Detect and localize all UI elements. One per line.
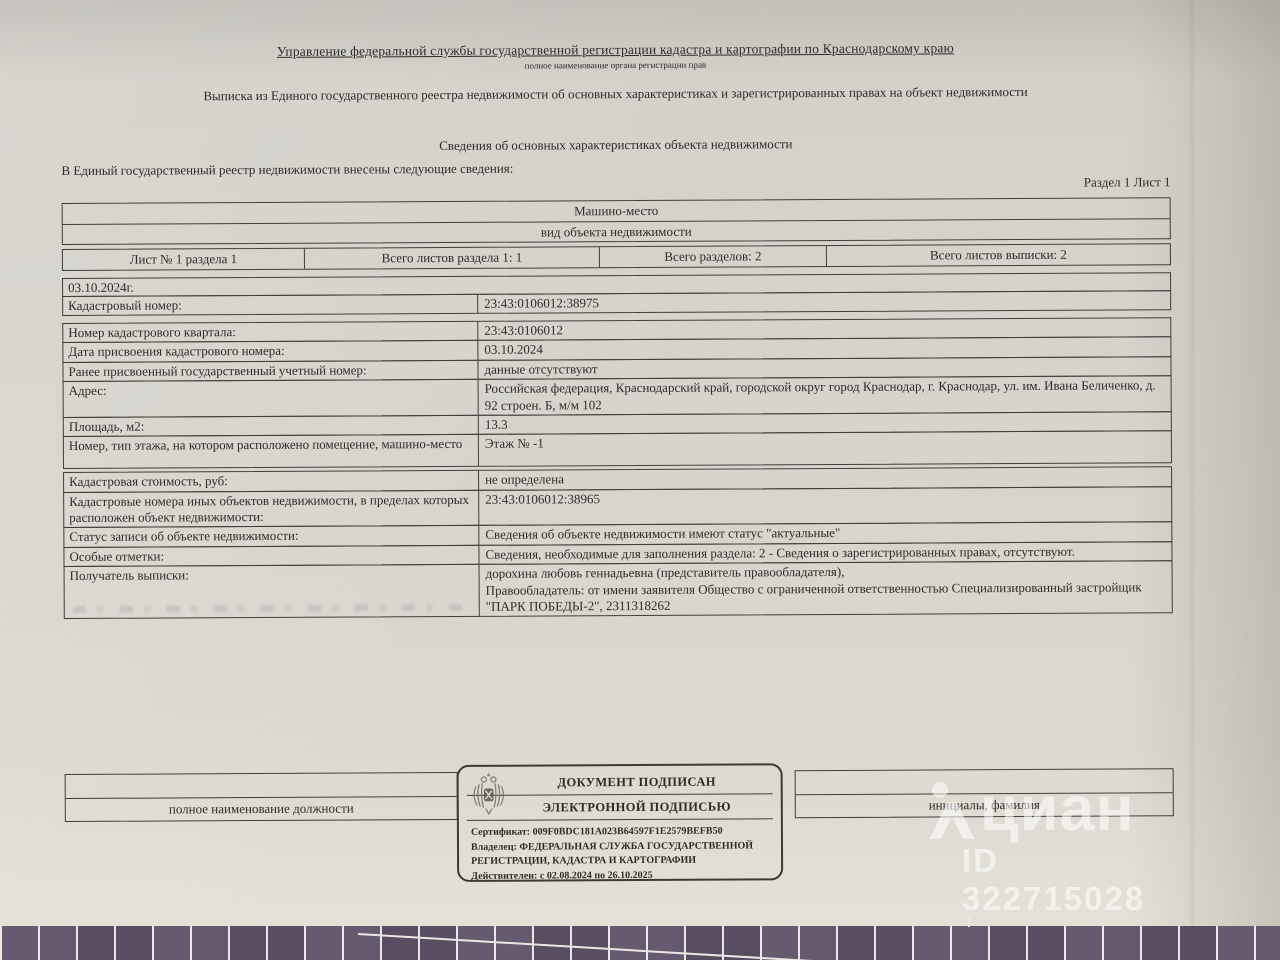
row-value: 03.10.2024 (478, 338, 1170, 360)
initials-caption: инициалы, фамилия (796, 792, 1173, 817)
row-value: дорохина любовь геннадьевна (представите… (480, 561, 1172, 616)
counter-sheets-total: Всего листов раздела 1: 1 (305, 247, 600, 269)
document-content: Управление федеральной службы государств… (0, 0, 1280, 931)
row-label: Дата присвоения кадастрового номера: (63, 341, 478, 362)
row-label: Кадастровые номера иных объектов недвижи… (64, 490, 479, 527)
coat-of-arms-icon (471, 772, 507, 816)
row-value: 13.3 (479, 412, 1171, 434)
signature-box-position: полное наименование должности (65, 772, 458, 822)
row-value: Сведения об объекте недвижимости имеют с… (479, 523, 1171, 545)
row-value: Этаж № -1 (479, 431, 1171, 466)
tile-surface (0, 926, 1280, 960)
row-label-text: Получатель выписки: (70, 567, 189, 583)
certificate-number: Сертификат: 009F0BDC181A023B64597F1E2579… (471, 824, 771, 840)
row-value: Российская федерация, Краснодарский край… (479, 376, 1171, 414)
row-label: Особые отметки: (64, 546, 479, 567)
stamp-line-2: ЭЛЕКТРОННОЙ ПОДПИСЬЮ (467, 794, 773, 821)
row-value: данные отсутствуют (478, 357, 1170, 379)
row-label: Ранее присвоенный государственный учетны… (63, 361, 478, 382)
row-label: Площадь, м2: (64, 416, 479, 437)
signature-blank-cell (796, 769, 1173, 794)
bleed-through-smudge (73, 604, 465, 613)
counter-sections-total: Всего разделов: 2 (600, 246, 827, 267)
row-label: Адрес: (64, 380, 479, 417)
row-value: Сведения, необходимые для заполнения раз… (479, 542, 1171, 564)
signature-blank-cell (66, 773, 457, 798)
photo-stage: Управление федеральной службы государств… (0, 0, 1280, 960)
table-row: Кадастровые номера иных объектов недвижи… (63, 486, 1172, 529)
row-label: Статус записи об объекте недвижимости: (64, 526, 479, 547)
stamp-line-1: ДОКУМЕНТ ПОДПИСАН (467, 769, 773, 796)
row-label: Номер, тип этажа, на котором расположено… (64, 435, 479, 468)
org-header: Управление федеральной службы государств… (61, 39, 1170, 73)
counter-extract-sheets: Всего листов выписки: 2 (827, 244, 1170, 266)
certificate-validity: Действителен: с 02.08.2024 по 26.10.2025 (471, 868, 771, 884)
table-row: Получатель выписки: дорохина любовь генн… (64, 560, 1173, 619)
object-type-table: Машино-место вид объекта недвижимости (62, 197, 1171, 245)
row-label: Номер кадастрового квартала: (63, 322, 478, 343)
table-row: Номер, тип этажа, на котором расположено… (63, 430, 1172, 469)
position-caption: полное наименование должности (66, 796, 457, 821)
document-title: Выписка из Единого государственного реес… (61, 83, 1170, 105)
row-label: Кадастровый номер: (63, 295, 478, 316)
certificate-details: Сертификат: 009F0BDC181A023B64597F1E2579… (471, 824, 771, 884)
row-label: Получатель выписки: (65, 565, 480, 618)
row-value: 23:43:0106012:38965 (479, 487, 1171, 525)
digital-signature-stamp: ДОКУМЕНТ ПОДПИСАН ЭЛЕКТРОННОЙ ПОДПИСЬЮ С… (457, 763, 784, 882)
row-label: Кадастровая стоимость, руб: (64, 471, 479, 492)
table-row: Адрес: Российская федерация, Краснодарск… (63, 375, 1172, 418)
counter-sheet: Лист № 1 раздела 1 (63, 249, 305, 270)
section-title: Сведения об основных характеристиках объ… (61, 134, 1170, 156)
signature-box-name: инициалы, фамилия (795, 768, 1174, 818)
tile-grout-tick (968, 917, 970, 927)
row-value: 23:43:0106012:38975 (478, 291, 1170, 313)
main-table: Номер кадастрового квартала: 23:43:01060… (62, 318, 1173, 619)
date-cadastral-block: 03.10.2024г. Кадастровый номер: 23:43:01… (62, 272, 1171, 316)
row-value: не определена (479, 467, 1171, 489)
certificate-owner: Владелец: ФЕДЕРАЛЬНАЯ СЛУЖБА ГОСУДАРСТВЕ… (471, 839, 771, 870)
row-value: 23:43:0106012 (478, 318, 1170, 340)
stamp-titles: ДОКУМЕНТ ПОДПИСАН ЭЛЕКТРОННОЙ ПОДПИСЬЮ (467, 769, 773, 821)
sheet-counters-row: Лист № 1 раздела 1 Всего листов раздела … (62, 243, 1171, 271)
